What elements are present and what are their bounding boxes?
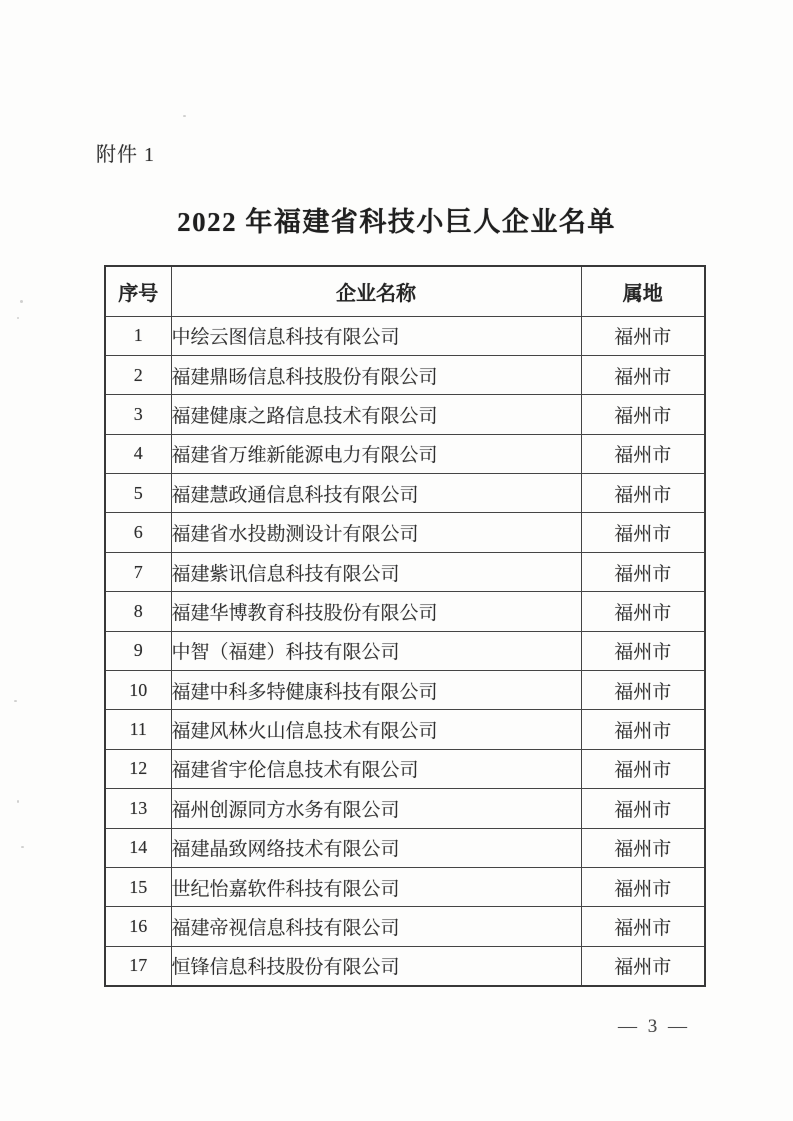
company-name: 福建风林火山信息技术有限公司 [171,710,581,749]
company-name: 福建省宇伦信息技术有限公司 [171,749,581,788]
company-name: 福建紫讯信息科技有限公司 [171,552,581,591]
page-number: — 3 — [618,1016,690,1038]
company-name: 福建帝视信息科技有限公司 [171,907,581,946]
row-number: 10 [105,671,171,710]
row-number: 11 [105,710,171,749]
column-header-no: 序号 [105,266,171,316]
row-number: 2 [105,355,171,394]
column-header-name: 企业名称 [171,266,581,316]
page-title: 2022 年福建省科技小巨人企业名单 [0,200,793,239]
company-name: 中绘云图信息科技有限公司 [171,316,581,355]
company-location: 福州市 [581,513,705,552]
enterprise-table: 序号 企业名称 属地 1 中绘云图信息科技有限公司 福州市 2 福建鼎旸信息科技… [104,265,706,987]
company-location: 福州市 [581,828,705,867]
company-location: 福州市 [581,671,705,710]
scan-artifact [20,300,23,303]
table-row: 10 福建中科多特健康科技有限公司 福州市 [105,671,705,710]
table-row: 8 福建华博教育科技股份有限公司 福州市 [105,592,705,631]
company-location: 福州市 [581,592,705,631]
row-number: 5 [105,474,171,513]
company-location: 福州市 [581,395,705,434]
company-location: 福州市 [581,474,705,513]
row-number: 13 [105,789,171,828]
company-name: 福建华博教育科技股份有限公司 [171,592,581,631]
row-number: 12 [105,749,171,788]
row-number: 8 [105,592,171,631]
row-number: 4 [105,434,171,473]
company-name: 福州创源同方水务有限公司 [171,789,581,828]
company-name: 福建省水投勘测设计有限公司 [171,513,581,552]
company-name: 福建中科多特健康科技有限公司 [171,671,581,710]
table-row: 12 福建省宇伦信息技术有限公司 福州市 [105,749,705,788]
table-row: 1 中绘云图信息科技有限公司 福州市 [105,316,705,355]
row-number: 7 [105,552,171,591]
company-location: 福州市 [581,316,705,355]
scan-artifact [183,115,186,117]
table-row: 16 福建帝视信息科技有限公司 福州市 [105,907,705,946]
table-row: 6 福建省水投勘测设计有限公司 福州市 [105,513,705,552]
table-row: 13 福州创源同方水务有限公司 福州市 [105,789,705,828]
attachment-label: 附件 1 [96,138,155,167]
table-header-row: 序号 企业名称 属地 [105,266,705,316]
company-location: 福州市 [581,907,705,946]
table-row: 3 福建健康之路信息技术有限公司 福州市 [105,395,705,434]
company-location: 福州市 [581,749,705,788]
company-location: 福州市 [581,355,705,394]
company-location: 福州市 [581,946,705,985]
row-number: 6 [105,513,171,552]
row-number: 1 [105,316,171,355]
scan-artifact [17,800,19,803]
row-number: 14 [105,828,171,867]
table-body: 1 中绘云图信息科技有限公司 福州市 2 福建鼎旸信息科技股份有限公司 福州市 … [105,316,705,986]
company-location: 福州市 [581,434,705,473]
scan-artifact [21,846,24,848]
company-name: 中智（福建）科技有限公司 [171,631,581,670]
table-row: 2 福建鼎旸信息科技股份有限公司 福州市 [105,355,705,394]
company-location: 福州市 [581,710,705,749]
table-row: 5 福建慧政通信息科技有限公司 福州市 [105,474,705,513]
row-number: 9 [105,631,171,670]
table-row: 4 福建省万维新能源电力有限公司 福州市 [105,434,705,473]
company-location: 福州市 [581,631,705,670]
table-row: 7 福建紫讯信息科技有限公司 福州市 [105,552,705,591]
table-row: 14 福建晶致网络技术有限公司 福州市 [105,828,705,867]
row-number: 15 [105,867,171,906]
row-number: 16 [105,907,171,946]
column-header-location: 属地 [581,266,705,316]
company-name: 世纪怡嘉软件科技有限公司 [171,867,581,906]
company-name: 福建健康之路信息技术有限公司 [171,395,581,434]
company-location: 福州市 [581,789,705,828]
company-name: 福建慧政通信息科技有限公司 [171,474,581,513]
company-name: 福建晶致网络技术有限公司 [171,828,581,867]
company-name: 福建鼎旸信息科技股份有限公司 [171,355,581,394]
row-number: 3 [105,395,171,434]
row-number: 17 [105,946,171,985]
company-location: 福州市 [581,552,705,591]
scan-artifact [17,317,19,319]
table-row: 11 福建风林火山信息技术有限公司 福州市 [105,710,705,749]
company-name: 恒锋信息科技股份有限公司 [171,946,581,985]
table-row: 9 中智（福建）科技有限公司 福州市 [105,631,705,670]
company-name: 福建省万维新能源电力有限公司 [171,434,581,473]
company-location: 福州市 [581,867,705,906]
table-row: 17 恒锋信息科技股份有限公司 福州市 [105,946,705,985]
table-row: 15 世纪怡嘉软件科技有限公司 福州市 [105,867,705,906]
document-page: 附件 1 2022 年福建省科技小巨人企业名单 序号 企业名称 属地 1 中绘云… [0,0,793,1121]
scan-artifact [14,700,17,702]
